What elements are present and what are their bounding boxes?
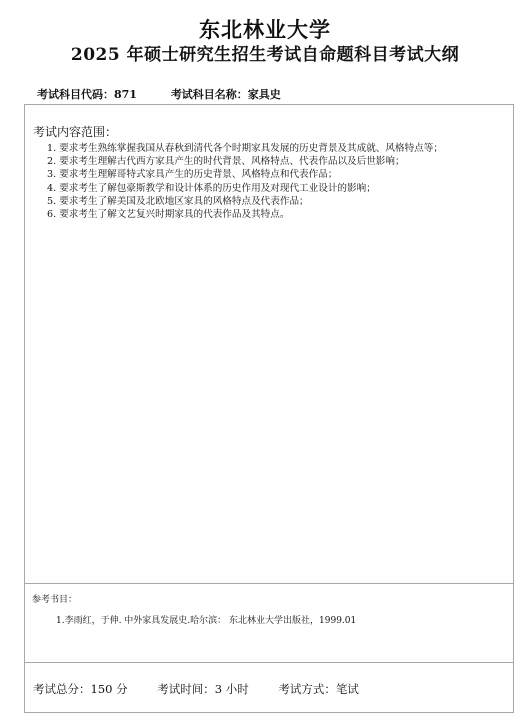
scope-list: 1. 要求考生熟练掌握我国从春秋到清代各个时期家具发展的历史背景及其成就、风格特… (47, 142, 443, 221)
subject-code: 考试科目代码：871 (37, 88, 137, 102)
scope-item: 5. 要求考生了解美国及北欧地区家具的风格特点及代表作品； (47, 195, 443, 208)
subject-name: 考试科目名称：家具史 (171, 88, 281, 102)
scope-item: 3. 要求考生理解哥特式家具产生的历史背景、风格特点和代表作品； (47, 168, 443, 181)
total-score: 考试总分：150 分 (33, 682, 128, 696)
scope-item: 4. 要求考生了解包豪斯教学和设计体系的历史作用及对现代工业设计的影响； (47, 182, 443, 195)
university-title: 东北林业大学 (0, 17, 530, 43)
references-section: 参考书目： 1.李雨红，于伸. 中外家具发展史.哈尔滨： 东北林业大学出版社，1… (25, 584, 513, 663)
exam-format: 考试方式：笔试 (278, 682, 359, 696)
scope-item: 6. 要求考生了解文艺复兴时期家具的代表作品及其特点。 (47, 208, 443, 221)
subject-line: 考试科目代码：871 考试科目名称：家具史 (37, 88, 281, 102)
scope-item: 1. 要求考生熟练掌握我国从春秋到清代各个时期家具发展的历史背景及其成就、风格特… (47, 142, 443, 155)
exam-info-section: 考试总分：150 分 考试时间：3 小时 考试方式：笔试 (25, 663, 513, 713)
reference-item: 1.李雨红，于伸. 中外家具发展史.哈尔滨： 东北林业大学出版社，1999.01 (56, 615, 356, 627)
exam-outline-title: 2025 年硕士研究生招生考试自命题科目考试大纲 (0, 44, 530, 66)
scope-item: 2. 要求考生理解古代西方家具产生的时代背景、风格特点、代表作品以及后世影响； (47, 155, 443, 168)
outline-table: 考试内容范围： 1. 要求考生熟练掌握我国从春秋到清代各个时期家具发展的历史背景… (24, 104, 514, 713)
exam-scope-section: 考试内容范围： 1. 要求考生熟练掌握我国从春秋到清代各个时期家具发展的历史背景… (25, 105, 513, 584)
scope-heading: 考试内容范围： (33, 125, 117, 139)
exam-duration: 考试时间：3 小时 (157, 682, 248, 696)
exam-info-row: 考试总分：150 分 考试时间：3 小时 考试方式：笔试 (33, 682, 359, 696)
references-heading: 参考书目： (32, 594, 77, 606)
